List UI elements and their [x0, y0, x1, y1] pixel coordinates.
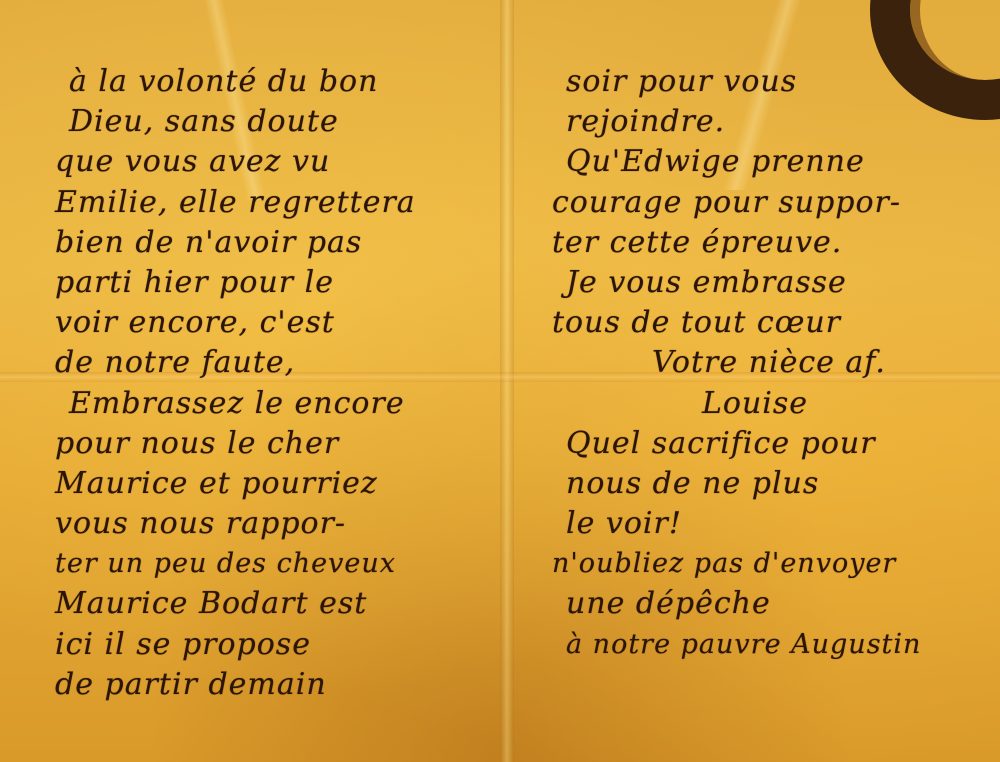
text-line: parti hier pour le [55, 263, 475, 303]
text-line: nous de ne plus [552, 464, 992, 504]
text-line: à notre pauvre Augustin [552, 625, 992, 665]
text-line: de notre faute, [55, 343, 475, 383]
text-line: Embrassez le encore [55, 384, 475, 424]
text-line: Dieu, sans doute [55, 102, 475, 142]
text-line: le voir! [552, 504, 992, 544]
text-line: Je vous embrasse [552, 263, 992, 303]
text-line: courage pour suppor- [552, 183, 992, 223]
signature-closing: Votre nièce af. [552, 343, 992, 383]
text-line: que vous avez vu [55, 142, 475, 182]
signature-name: Louise [552, 384, 992, 424]
text-line: voir encore, c'est [55, 303, 475, 343]
text-line: ici il se propose [55, 625, 475, 665]
text-line: Maurice Bodart est [55, 584, 475, 624]
text-line: vous nous rappor- [55, 504, 475, 544]
text-line: pour nous le cher [55, 424, 475, 464]
text-line: ter cette épreuve. [552, 223, 992, 263]
left-page: à la volonté du bon Dieu, sans doute que… [55, 62, 475, 705]
text-line: bien de n'avoir pas [55, 223, 475, 263]
text-line: ter un peu des cheveux [55, 544, 475, 584]
text-line: à la volonté du bon [55, 62, 475, 102]
text-line: soir pour vous [552, 62, 992, 102]
text-line: une dépêche [552, 584, 992, 624]
text-line: Quel sacrifice pour [552, 424, 992, 464]
text-line: Maurice et pourriez [55, 464, 475, 504]
text-line: Qu'Edwige prenne [552, 142, 992, 182]
text-line: n'oubliez pas d'envoyer [552, 544, 992, 584]
text-line: Emilie, elle regrettera [55, 183, 475, 223]
text-line: tous de tout cœur [552, 303, 992, 343]
text-line: de partir demain [55, 665, 475, 705]
text-line: rejoindre. [552, 102, 992, 142]
right-page: soir pour vous rejoindre. Qu'Edwige pren… [552, 62, 992, 665]
letter-sheet: à la volonté du bon Dieu, sans doute que… [0, 0, 1000, 762]
